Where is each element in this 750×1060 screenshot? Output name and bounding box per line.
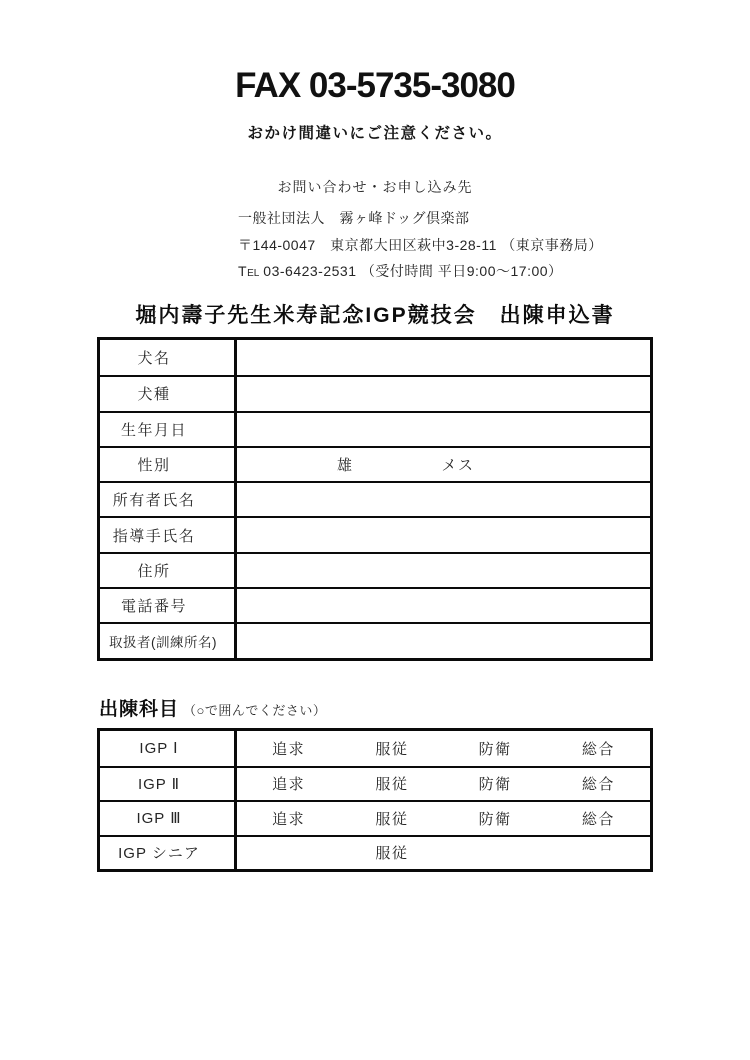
subject-label: IGP Ⅱ — [100, 768, 237, 801]
subject-option-overall: 総合 — [547, 773, 650, 794]
entry-form-table: 犬名 犬種 生年月日 性別 雄 メス 所有者氏名 指導手氏名 住所 — [97, 337, 653, 661]
row-label: 所有者氏名 — [100, 483, 237, 516]
table-row-address: 住所 — [100, 552, 650, 587]
subjects-heading: 出陳科目（○で囲んでください） — [99, 694, 326, 721]
subject-option-protection: 防衛 — [444, 773, 547, 794]
table-row-trainer: 取扱者(訓練所名) — [100, 622, 650, 657]
table-row-phone: 電話番号 — [100, 587, 650, 622]
row-label: 取扱者(訓練所名) — [100, 624, 237, 657]
subject-row-igp2: IGP Ⅱ 追求 服従 防衛 総合 — [100, 766, 650, 801]
row-label: 生年月日 — [100, 413, 237, 446]
subject-label: IGP Ⅰ — [100, 731, 237, 766]
row-label: 性別 — [100, 448, 237, 481]
table-row-owner-name: 所有者氏名 — [100, 481, 650, 516]
subject-option-tracking: 追求 — [237, 808, 340, 829]
subject-option-obedience: 服従 — [340, 842, 443, 863]
subject-row-igp1: IGP Ⅰ 追求 服従 防衛 総合 — [100, 731, 650, 766]
subject-row-igp-senior: IGP シニア 服従 — [100, 835, 650, 870]
subjects-table: IGP Ⅰ 追求 服従 防衛 総合 IGP Ⅱ 追求 服従 防衛 総合 IGP … — [97, 728, 653, 872]
row-label: 犬名 — [100, 340, 237, 375]
row-value-cell — [237, 624, 650, 657]
row-value-cell: 雄 メス — [237, 448, 650, 481]
subject-options: 追求 服従 防衛 総合 — [237, 768, 650, 801]
subject-label: IGP Ⅲ — [100, 802, 237, 835]
contact-address: 〒144-0047 東京都大田区萩中3-28-11 （東京事務局） — [238, 232, 603, 259]
row-value-cell — [237, 413, 650, 446]
subject-options: 追求 服従 防衛 総合 — [237, 802, 650, 835]
subject-option-obedience: 服従 — [340, 808, 443, 829]
contact-organization: 一般社団法人 霧ヶ峰ドッグ倶楽部 — [238, 205, 603, 232]
sex-option-male: 雄 — [337, 454, 354, 475]
table-row-dog-name: 犬名 — [100, 340, 650, 375]
row-value-cell — [237, 518, 650, 551]
row-label: 電話番号 — [100, 589, 237, 622]
row-label: 指導手氏名 — [100, 518, 237, 551]
fax-caution: おかけ間違いにご注意ください。 — [0, 121, 750, 143]
subject-options: 追求 服従 防衛 総合 — [237, 731, 650, 766]
tel-label-small: EL — [247, 268, 259, 279]
subject-options: 服従 — [237, 837, 650, 870]
contact-heading: お問い合わせ・お申し込み先 — [0, 177, 750, 197]
contact-block: 一般社団法人 霧ヶ峰ドッグ倶楽部 〒144-0047 東京都大田区萩中3-28-… — [238, 205, 603, 288]
row-label: 犬種 — [100, 377, 237, 410]
subject-option-obedience: 服従 — [340, 738, 443, 759]
tel-number: 03-6423-2531 （受付時間 平日9:00～17:00） — [263, 263, 562, 279]
fax-title: FAX 03-5735-3080 — [0, 66, 750, 106]
row-value-cell — [237, 340, 650, 375]
subject-label: IGP シニア — [100, 837, 237, 870]
row-value-cell — [237, 377, 650, 410]
entry-form-title: 堀内壽子先生米寿記念IGP競技会 出陳申込書 — [0, 299, 750, 329]
subjects-note: （○で囲んでください） — [183, 703, 326, 718]
subject-option-overall: 総合 — [547, 808, 650, 829]
subject-option-protection: 防衛 — [444, 738, 547, 759]
subject-option-tracking: 追求 — [237, 773, 340, 794]
sex-option-female: メス — [442, 454, 475, 475]
subjects-heading-text: 出陳科目 — [99, 699, 179, 720]
table-row-breed: 犬種 — [100, 375, 650, 410]
table-row-sex: 性別 雄 メス — [100, 446, 650, 481]
row-value-cell — [237, 554, 650, 587]
row-value-cell — [237, 483, 650, 516]
contact-tel: TEL03-6423-2531 （受付時間 平日9:00～17:00） — [238, 258, 603, 288]
table-row-birthdate: 生年月日 — [100, 411, 650, 446]
subject-option-tracking: 追求 — [237, 738, 340, 759]
fax-form-page: FAX 03-5735-3080 おかけ間違いにご注意ください。 お問い合わせ・… — [0, 0, 750, 1060]
subject-row-igp3: IGP Ⅲ 追求 服従 防衛 総合 — [100, 800, 650, 835]
row-label: 住所 — [100, 554, 237, 587]
row-value-cell — [237, 589, 650, 622]
tel-label-large: T — [238, 263, 247, 279]
subject-option-overall: 総合 — [547, 738, 650, 759]
table-row-handler-name: 指導手氏名 — [100, 516, 650, 551]
subject-option-obedience: 服従 — [340, 773, 443, 794]
subject-option-protection: 防衛 — [444, 808, 547, 829]
